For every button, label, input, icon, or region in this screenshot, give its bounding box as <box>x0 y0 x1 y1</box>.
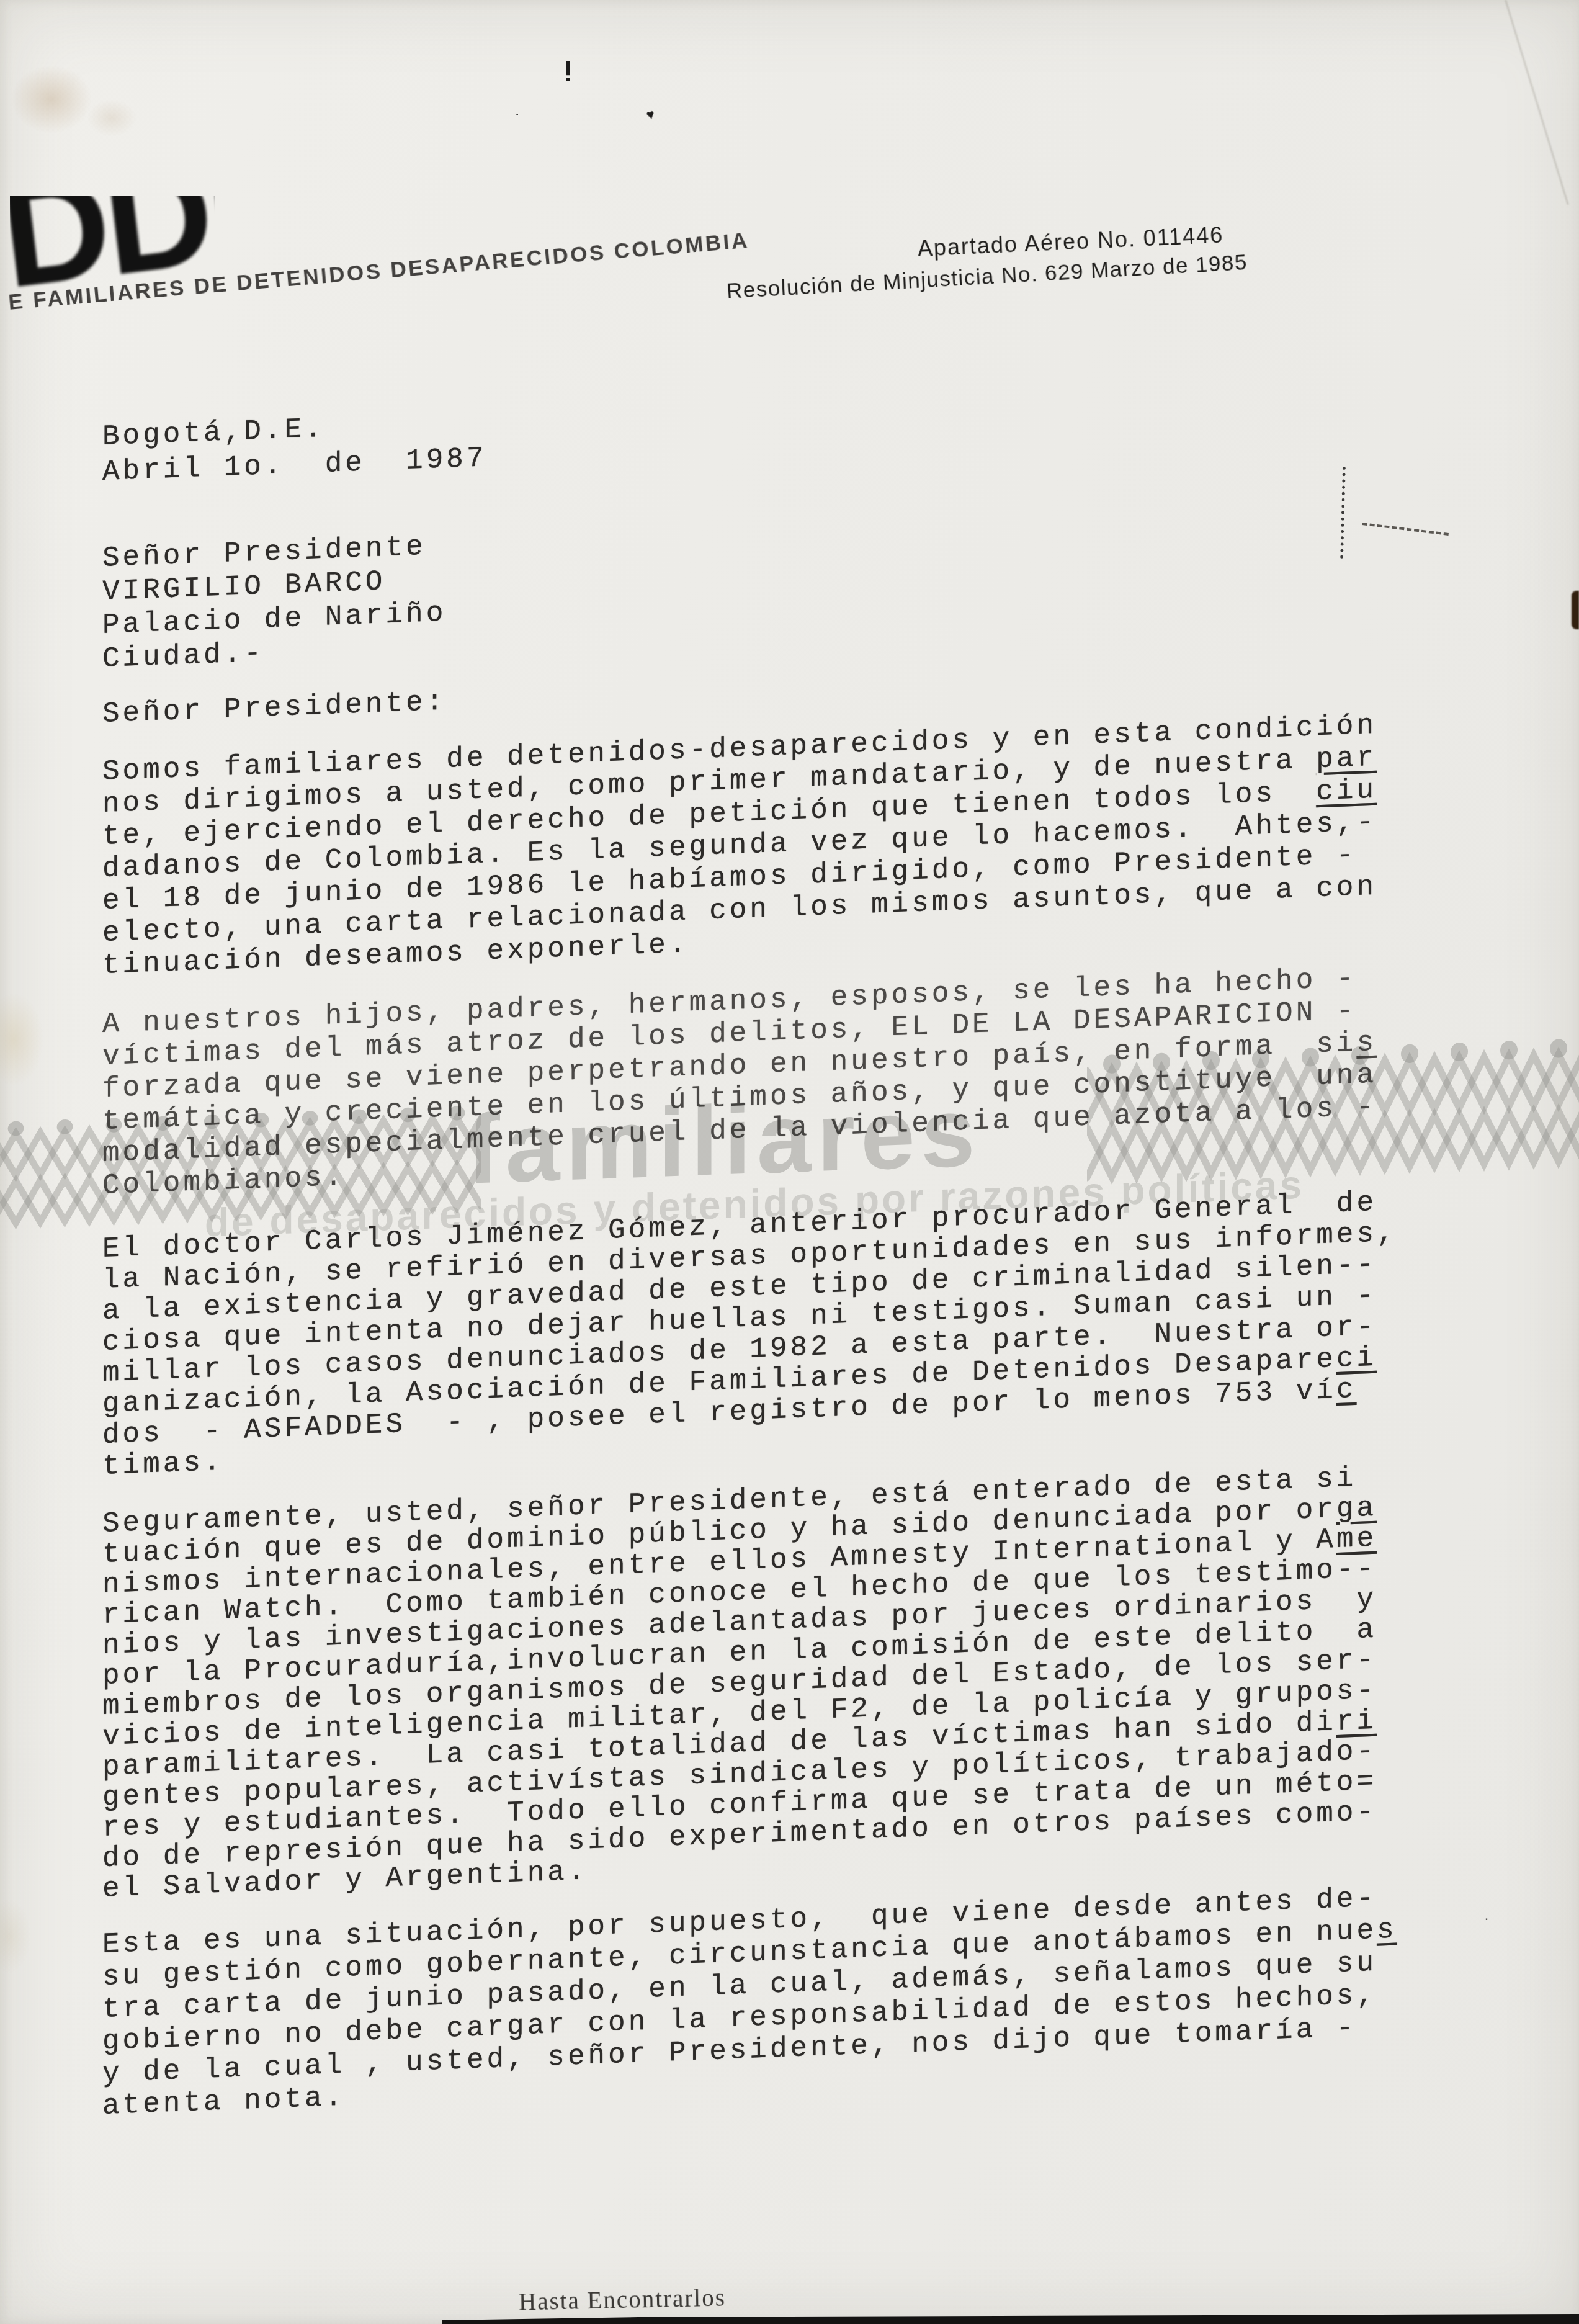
paragraph: Seguramente, usted, señor Presidente, es… <box>102 1463 1377 1905</box>
letter-body: Bogotá,D.E. Abril 1o. de 1987 Señor Pres… <box>102 369 1505 2158</box>
paper-stain <box>0 993 43 1086</box>
salutation: Señor Presidente: <box>102 686 446 730</box>
paragraph: Somos familiares de detenidos-desapareci… <box>102 709 1377 982</box>
paper-stain <box>87 99 136 137</box>
footer-slogan-stamp: Hasta Encontrarlos <box>519 2284 727 2317</box>
paper-stain <box>0 1899 31 1973</box>
scanned-letter-page: ! ♥ . · DDES E FAMILIARES DE DETENIDOS D… <box>0 0 1579 2324</box>
ink-speck-dot-icon: . <box>515 101 519 120</box>
paper-stain <box>11 65 92 133</box>
letter-place: Bogotá,D.E. <box>102 413 325 453</box>
recipient-block: Señor PresidenteVIRGILIO BARCOPalacio de… <box>102 529 446 676</box>
ink-speck-exclamation-icon: ! <box>563 55 573 88</box>
paper-crease <box>1505 0 1569 205</box>
scan-edge-blob <box>1572 591 1579 629</box>
paragraph: A nuestros hijos, padres, hermanos, espo… <box>102 962 1377 1202</box>
scan-edge-shadow <box>442 2314 1579 2324</box>
org-logo-stamp: DDES <box>10 196 215 351</box>
ink-speck-heart-icon: ♥ <box>645 106 656 123</box>
paragraph: Esta es una situación, por supuesto, que… <box>102 1881 1397 2122</box>
paragraph: El doctor Carlos Jiménez Gómez, anterior… <box>102 1186 1397 1482</box>
